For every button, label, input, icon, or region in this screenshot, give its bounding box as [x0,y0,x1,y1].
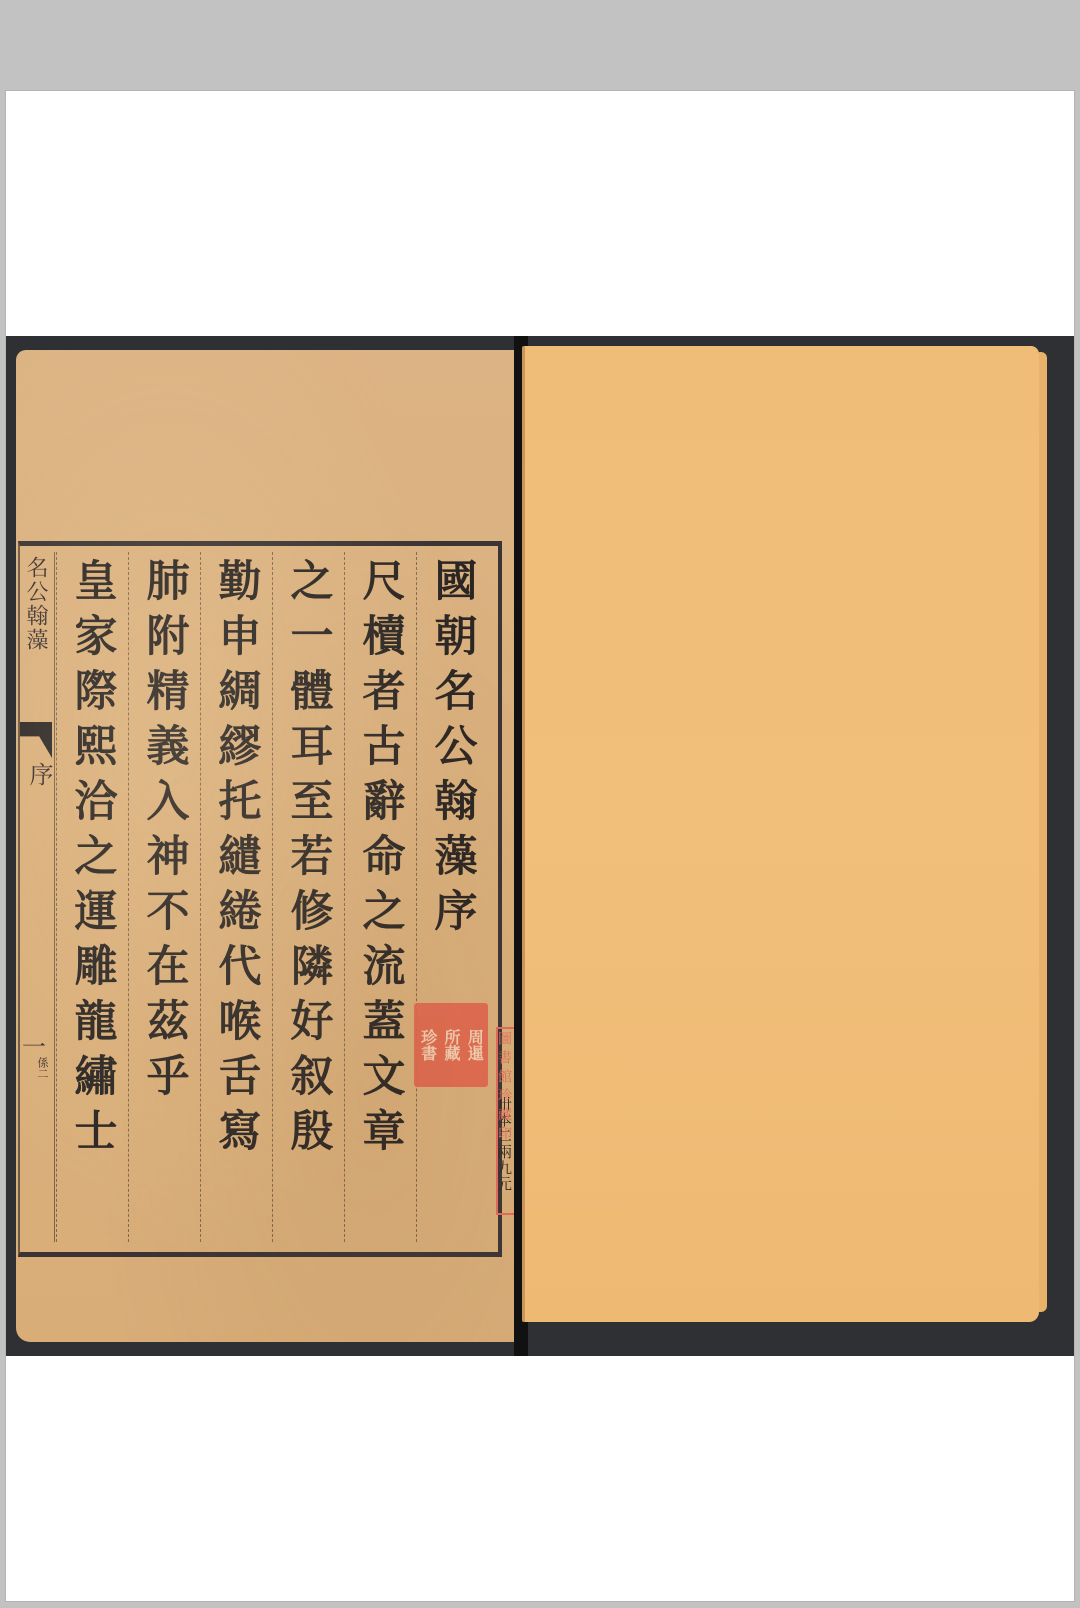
banxin-title: 名公翰藻 [22,556,48,652]
banxin-margin-column: 名公翰藻 序 一 係二 [20,552,55,1242]
seal-text: 圖書館珍藏印 [497,1031,511,1211]
text-column-1-title: 國朝名公翰藻序 [416,552,488,1242]
text-column-2: 尺櫝者古辭命之流蓋文章 [344,552,416,1242]
column-text: 肺附精義入神不在茲乎 [133,552,197,1108]
seal-text: 周暹 [464,1006,485,1084]
banxin-section: 序 [22,762,57,786]
text-column-5: 肺附精義入神不在茲乎 [128,552,200,1242]
viewer-top-bar [0,0,1080,90]
seal-text: 珍書 [417,1006,438,1084]
book-scan-image: 名公翰藻 序 一 係二 皇家際熙洽之運雕龍繡士 肺附精義入神不在茲乎 勤申綢繆托… [6,336,1074,1356]
column-title-text: 國朝名公翰藻序 [421,552,485,943]
seal-text: 所藏 [440,1006,461,1084]
text-column-6: 皇家際熙洽之運雕龍繡士 [56,552,128,1242]
column-text: 皇家際熙洽之運雕龍繡士 [61,552,125,1163]
column-text: 之一體耳至若修隣好叙殷 [277,552,341,1163]
right-page-blank [522,346,1039,1322]
fishtail-mark-icon [20,722,52,758]
text-column-3: 之一體耳至若修隣好叙殷 [272,552,344,1242]
column-text: 尺櫝者古辭命之流蓋文章 [349,552,413,1163]
column-text: 勤申綢繆托繾綣代喉舌寫 [205,552,269,1163]
handwritten-price-note: 卅本二兩九元 [494,1096,515,1192]
banxin-page-number: 一 [22,1027,46,1062]
printed-frame: 名公翰藻 序 一 係二 皇家際熙洽之運雕龍繡士 肺附精義入神不在茲乎 勤申綢繆托… [18,541,502,1257]
banxin-sub-note: 係二 [34,1057,50,1079]
left-page: 名公翰藻 序 一 係二 皇家際熙洽之運雕龍繡士 肺附精義入神不在茲乎 勤申綢繆托… [16,350,526,1342]
text-column-4: 勤申綢繆托繾綣代喉舌寫 [200,552,272,1242]
red-square-seal: 珍書 所藏 周暹 [414,1003,488,1087]
